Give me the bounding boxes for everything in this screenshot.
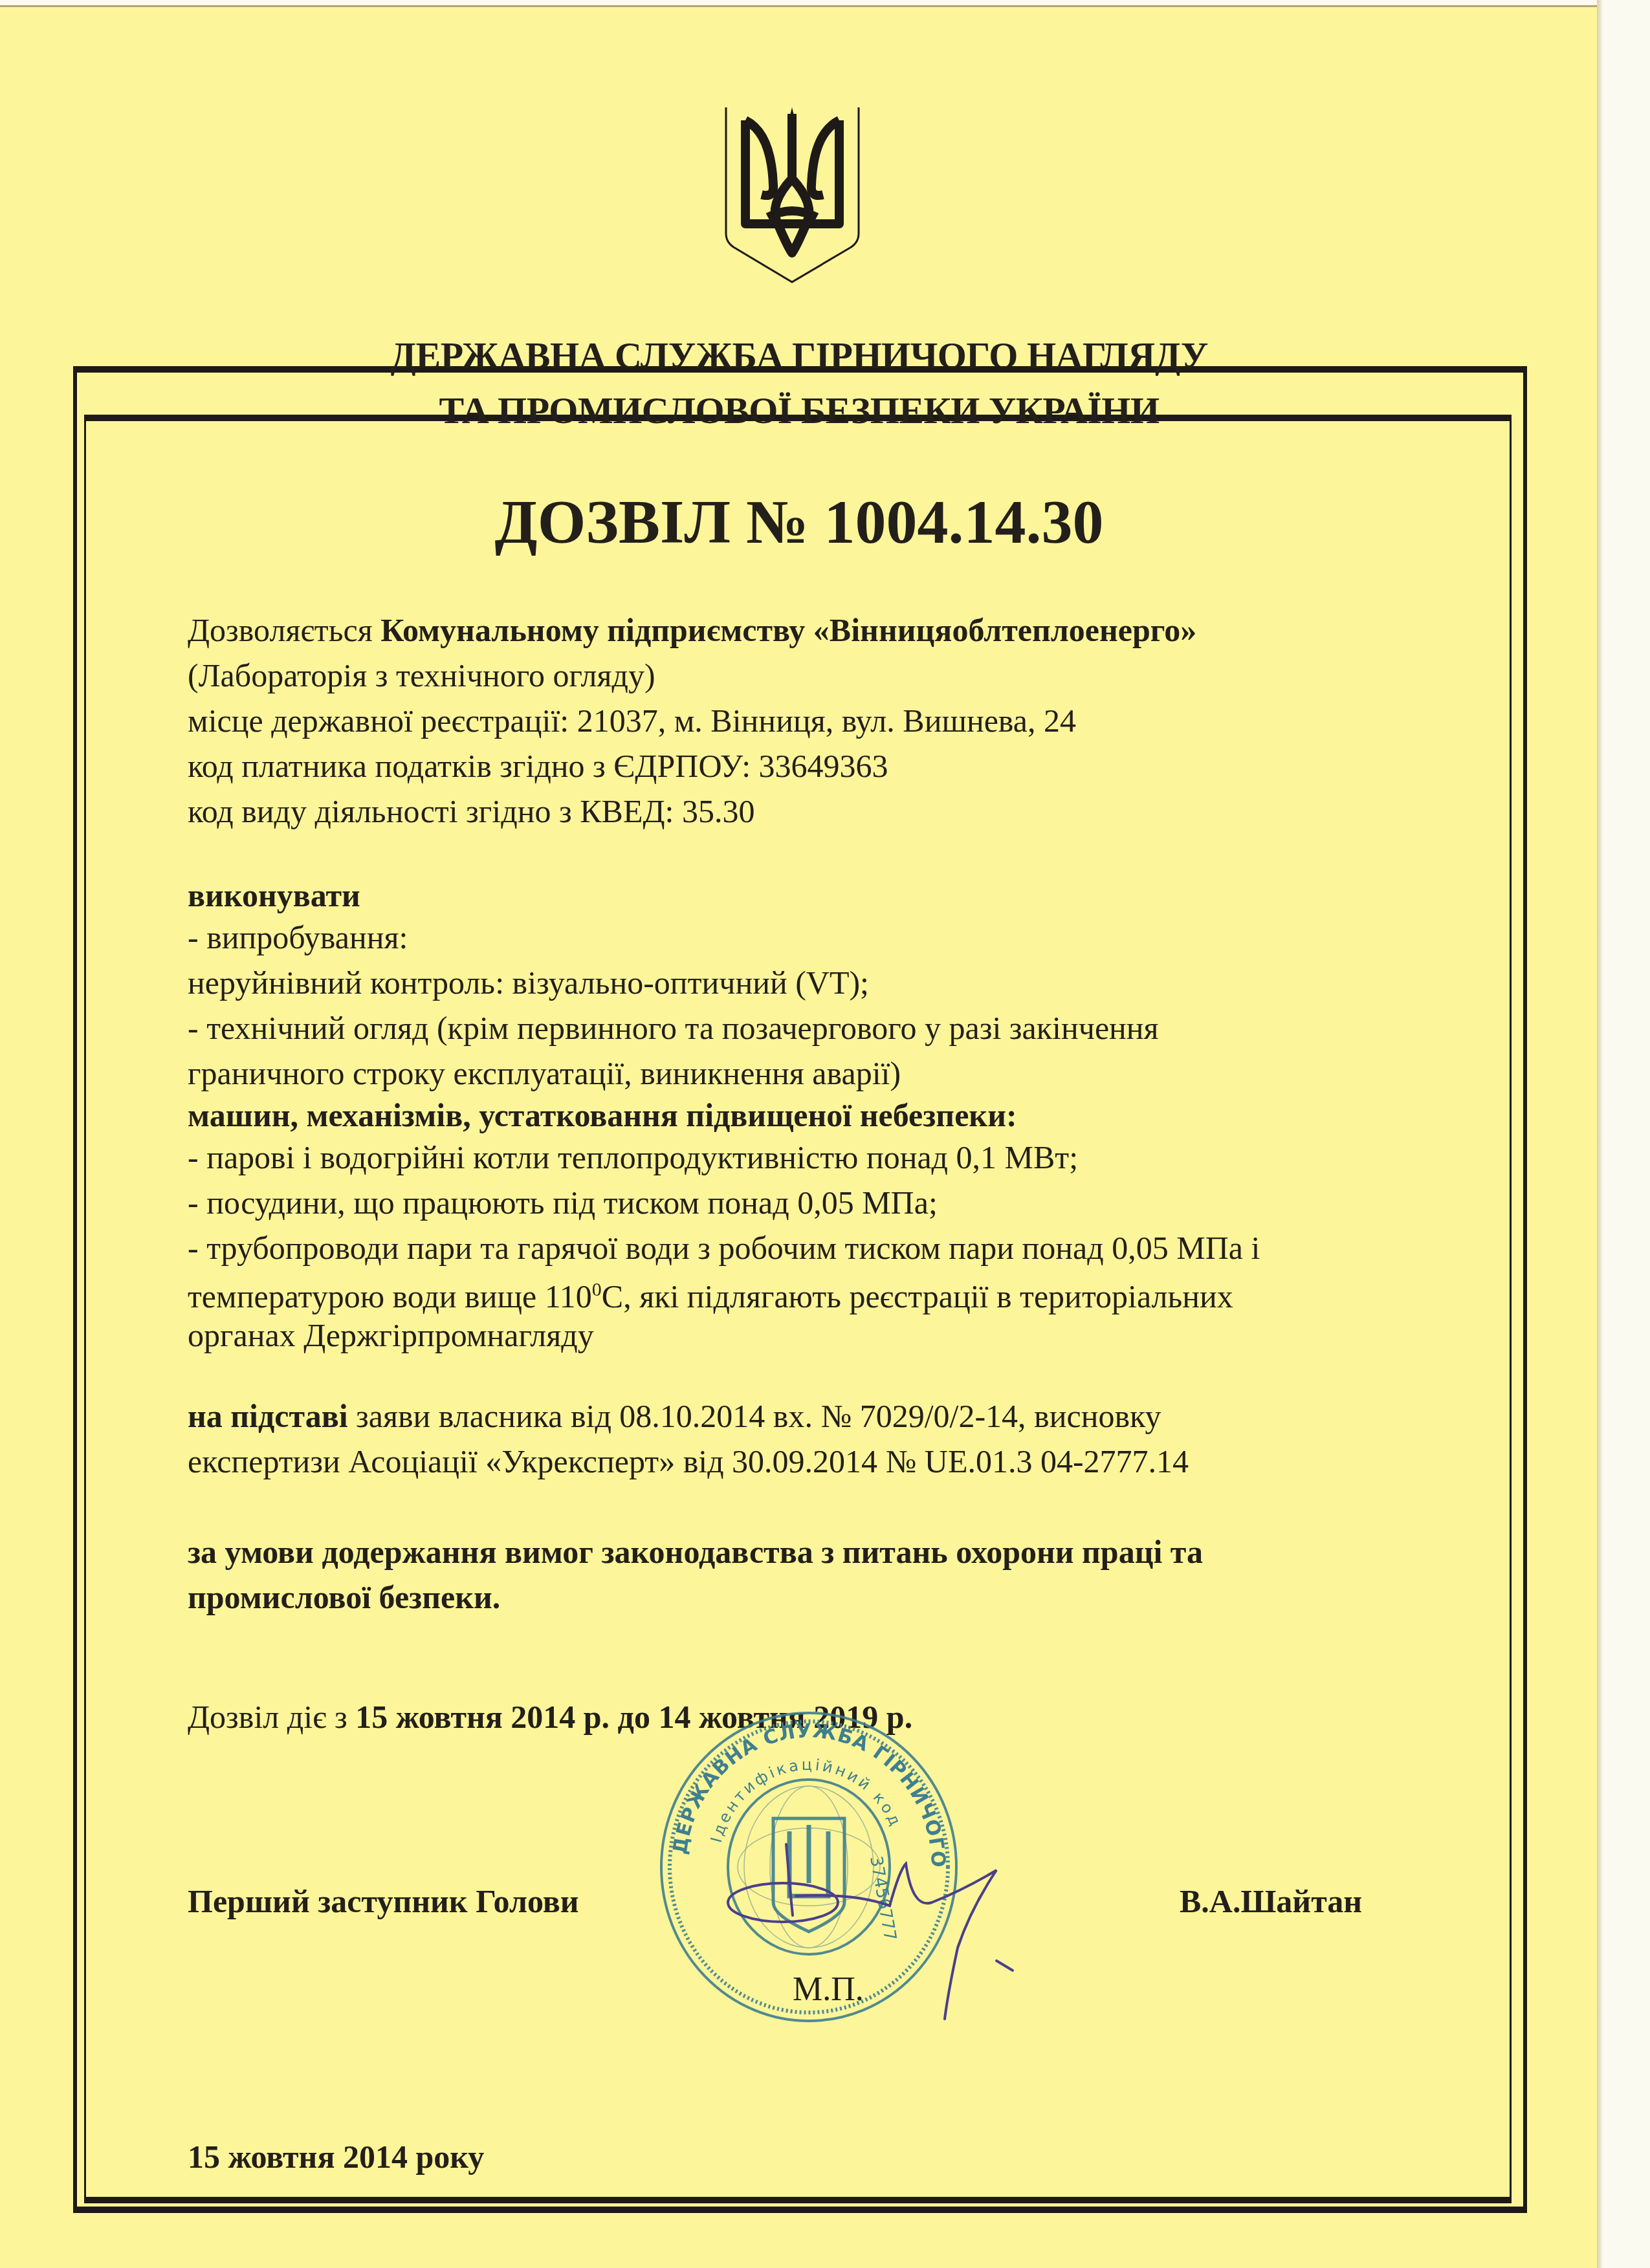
signature-icon <box>725 1831 1061 2025</box>
condition-line-2: промислової безпеки. <box>188 1576 500 1619</box>
degree-superscript: 0 <box>592 1279 602 1300</box>
equipment-line: - трубопроводи пари та гарячої води з ро… <box>188 1227 1260 1269</box>
condition-line-1: за умови додержання вимог законодавства … <box>188 1531 1203 1573</box>
temperature-prefix: температурою води вище 110 <box>188 1278 592 1314</box>
scope-line: неруйнівний контроль: візуально-оптичний… <box>188 961 869 1004</box>
equipment-temperature-line: температурою води вище 1100С, які підляг… <box>188 1269 1233 1318</box>
agency-name-line-2: ТА ПРОМИСЛОВОЇ БЕЗПЕКИ УКРАЇНИ <box>0 389 1598 432</box>
permit-title: ДОЗВІЛ № 1004.14.30 <box>0 486 1598 558</box>
scope-line: - технічний огляд (крім первинного та по… <box>188 1007 1159 1049</box>
agency-name-line-1: ДЕРЖАВНА СЛУЖБА ГІРНИЧОГО НАГЛЯДУ <box>0 334 1598 377</box>
scope-line: - випробування: <box>188 916 408 959</box>
seal-mark: М.П. <box>793 1970 864 2009</box>
basis-label: на підставі <box>188 1398 348 1434</box>
holder-prefix: Дозволяється <box>188 612 380 648</box>
holder-address: місце державної реєстрації: 21037, м. Ві… <box>188 699 1076 742</box>
scope-heading: виконувати <box>188 874 360 917</box>
page-edge <box>1597 0 1602 2268</box>
equipment-line: - посудини, що працюють під тиском понад… <box>188 1181 938 1224</box>
coat-of-arms-icon <box>723 107 862 285</box>
validity-middle: до <box>610 1699 658 1735</box>
equipment-line: - парові і водогрійні котли теплопродукт… <box>188 1136 1078 1179</box>
holder-kved: код виду діяльності згідно з КВЕД: 35.30 <box>188 790 754 833</box>
permit-document: ДЕРЖАВНА СЛУЖБА ГІРНИЧОГО НАГЛЯДУ ТА ПРО… <box>0 5 1598 2268</box>
equipment-heading: машин, механізмів, устатковання підвищен… <box>188 1094 1017 1137</box>
basis-line-1: на підставі заяви власника від 08.10.201… <box>188 1395 1161 1437</box>
basis-line-2: експертизи Асоціації «Укрексперт» від 30… <box>188 1440 1189 1483</box>
holder-unit: (Лабораторія з технічного огляду) <box>188 654 655 697</box>
validity-from: 15 жовтня 2014 р. <box>355 1699 610 1735</box>
equipment-last-line: органах Держгірпромнагляду <box>188 1314 594 1357</box>
scope-line: граничного строку експлуатації, виникнен… <box>188 1052 901 1095</box>
holder-edrpou: код платника податків згідно з ЄДРПОУ: 3… <box>188 745 888 787</box>
basis-text: заяви власника від 08.10.2014 вх. № 7029… <box>348 1398 1161 1434</box>
signatory-position: Перший заступник Голови <box>188 1880 579 1923</box>
temperature-suffix: С, які підлягають реєстрації в територіа… <box>602 1278 1233 1314</box>
issue-date: 15 жовтня 2014 року <box>188 2135 484 2178</box>
validity-prefix: Дозвіл діє з <box>188 1699 355 1735</box>
holder-line: Дозволяється Комунальному підприємству «… <box>188 609 1196 651</box>
signatory-name: В.А.Шайтан <box>1180 1880 1362 1923</box>
holder-name: Комунальному підприємству «Вінницяоблтеп… <box>380 612 1196 648</box>
